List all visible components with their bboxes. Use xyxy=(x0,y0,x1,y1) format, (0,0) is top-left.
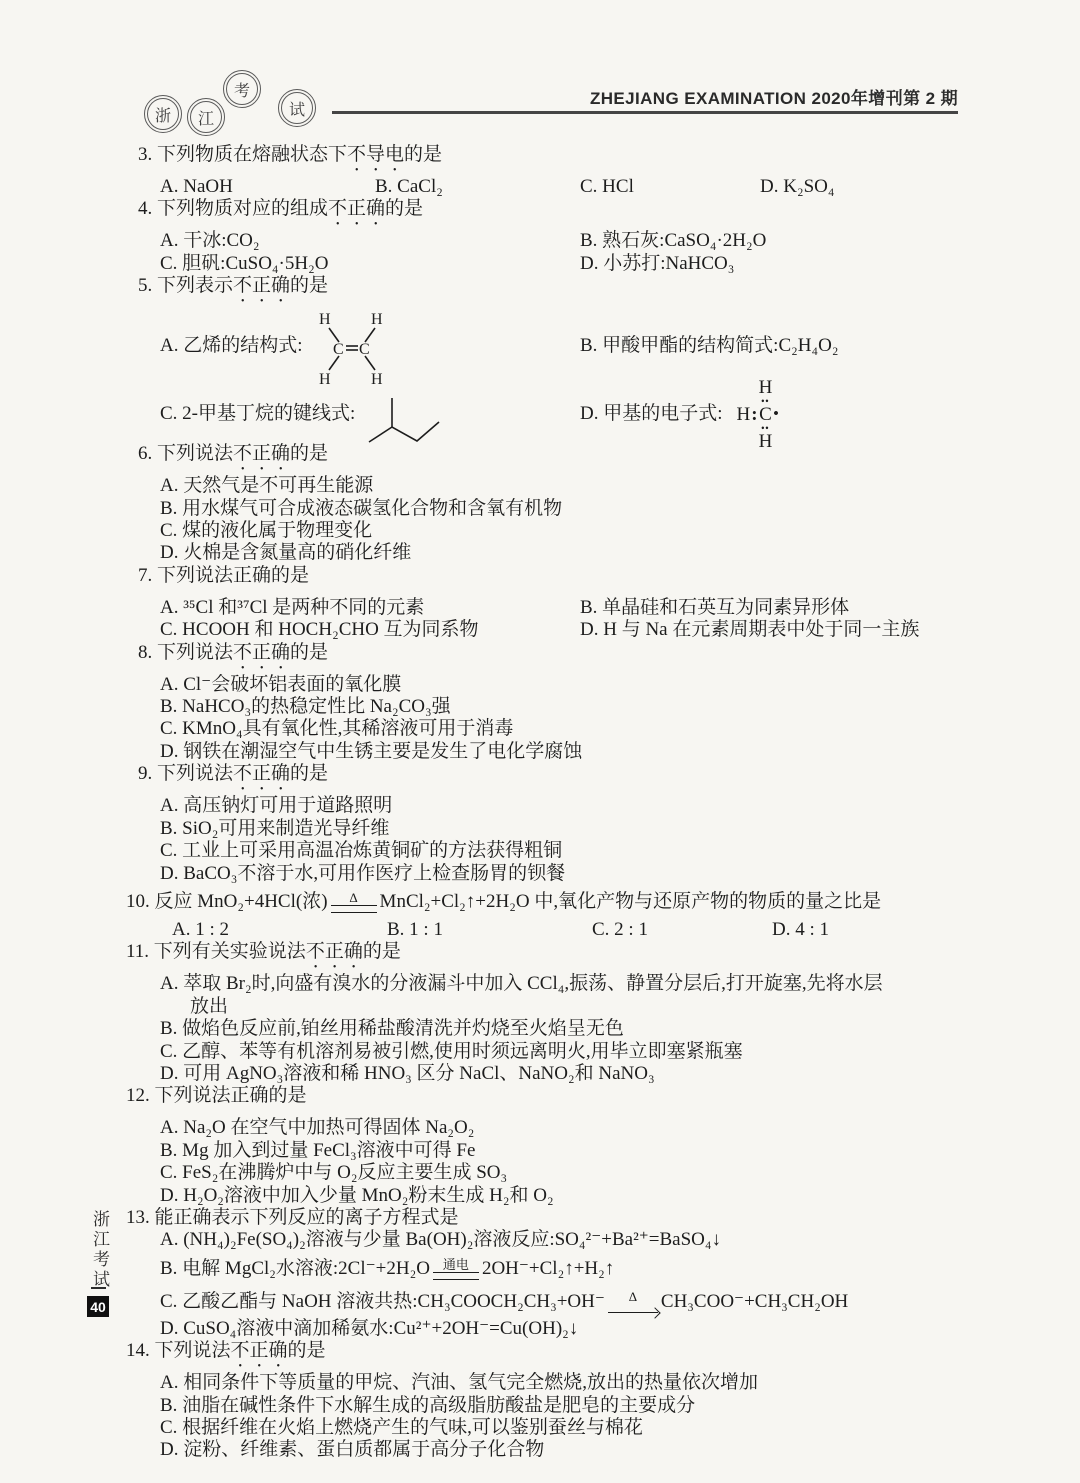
question-10: 10. 反应 MnO₂+4HCl(浓)ΔMnCl₂+Cl₂↑+2H₂O 中,氧化… xyxy=(138,885,964,941)
q6-option-b: B. 用水煤气可合成液态碳氢化合物和含氧有机物 xyxy=(138,498,964,520)
q7-number: 7. xyxy=(138,565,152,586)
journal-title: ZHEJIANG EXAMINATION 2020年增刊第 2 期 xyxy=(590,84,958,109)
q10-number: 10. xyxy=(126,891,150,913)
q9-option-c: C. 工业上可采用高温冶炼黄铜矿的方法获得粗铜 xyxy=(138,840,964,862)
q5-option-b: B. 甲酸甲酯的结构简式:C₂H₄O₂ xyxy=(580,335,838,357)
q5-stem: 5. 下列表示不正确的是 xyxy=(138,275,964,307)
question-12: 12. 下列说法正确的是 A. Na₂O 在空气中加热可得固体 Na₂O₂ B.… xyxy=(138,1085,964,1207)
q3-option-d: D. K₂SO₄ xyxy=(760,176,834,198)
question-11: 11. 下列有关实验说法不正确的是 A. 萃取 Br₂时,向盛有溴水的分液漏斗中… xyxy=(138,941,964,1085)
q14-option-d: D. 淀粉、纤维素、蛋白质都属于高分子化合物 xyxy=(138,1439,964,1461)
question-14: 14. 下列说法不正确的是 A. 相同条件下等质量的甲烷、汽油、氢气完全燃烧,放… xyxy=(138,1340,964,1462)
margin-journal-name: 浙江考试 xyxy=(87,1210,112,1290)
q8-option-d: D. 钢铁在潮湿空气中生锈主要是发生了电化学腐蚀 xyxy=(138,741,964,763)
reaction-arrow-with-delta: Δ xyxy=(608,1290,658,1313)
svg-text:H: H xyxy=(371,311,383,328)
q5-options-row-2: C. 2-甲基丁烷的键线式: D. 甲基的电子式: H •• H : C • xyxy=(138,385,964,443)
q6-stem: 6. 下列说法不正确的是 xyxy=(138,443,964,475)
q14-option-c: C. 根据纤维在火焰上燃烧产生的气味,可以鉴别蚕丝与棉花 xyxy=(138,1417,964,1439)
journal-logo-circle-4: 试 xyxy=(281,92,313,124)
page-number-badge: 40 xyxy=(87,1296,109,1317)
q9-option-d: D. BaCO₃不溶于水,可用作医疗上检查肠胃的钡餐 xyxy=(138,863,964,885)
q11-option-c: C. 乙醇、苯等有机溶剂易被引燃,使用时须远离明火,用毕立即塞紧瓶塞 xyxy=(138,1041,964,1063)
methylbutane-skeletal-diagram xyxy=(365,396,445,446)
q9-stem: 9. 下列说法不正确的是 xyxy=(138,763,964,795)
q12-option-d: D. H₂O₂溶液中加入少量 MnO₂粉末生成 H₂和 O₂ xyxy=(138,1185,964,1207)
question-13: 13. 能正确表示下列反应的离子方程式是 A. (NH₄)₂Fe(SO₄)₂溶液… xyxy=(138,1207,964,1340)
q3-option-a: A. NaOH xyxy=(160,176,375,198)
q4-stem: 4. 下列物质对应的组成不正确的是 xyxy=(138,198,964,230)
question-9: 9. 下列说法不正确的是 A. 高压钠灯可用于道路照明 B. SiO₂可用来制造… xyxy=(138,763,964,885)
q5-option-c: C. 2-甲基丁烷的键线式: xyxy=(160,382,580,446)
logo-char: 试 xyxy=(289,97,305,120)
q13-option-b: B. 电解 MgCl₂水溶液:2Cl⁻+2H₂O通电2OH⁻+Cl₂↑+H₂↑ xyxy=(138,1252,964,1286)
svg-text:C: C xyxy=(359,341,370,358)
q7-options-row-1: A. ³⁵Cl 和³⁷Cl 是两种不同的元素 B. 单晶硅和石英互为同素异形体 xyxy=(138,597,964,619)
journal-logo-circle-3: 考 xyxy=(226,73,258,105)
q8-option-a: A. Cl⁻会破坏铝表面的氧化膜 xyxy=(138,674,964,696)
logo-char: 考 xyxy=(234,78,250,101)
q11-number: 11. xyxy=(126,941,149,962)
question-5: 5. 下列表示不正确的是 A. 乙烯的结构式: H H C C xyxy=(138,275,964,443)
margin-dash xyxy=(91,1287,106,1289)
q7-option-c: C. HCOOH 和 HOCH₂CHO 互为同系物 xyxy=(160,619,580,641)
q11-option-b: B. 做焰色反应前,铂丝用稀盐酸清洗并灼烧至火焰呈无色 xyxy=(138,1018,964,1040)
q8-number: 8. xyxy=(138,642,152,663)
q7-stem: 7. 下列说法正确的是 xyxy=(138,565,964,597)
q10-options: A. 1 : 2 B. 1 : 1 C. 2 : 1 D. 4 : 1 xyxy=(138,919,964,941)
q6-option-d: D. 火棉是含氮量高的硝化纤维 xyxy=(138,542,964,564)
q12-option-a: A. Na₂O 在空气中加热可得固体 Na₂O₂ xyxy=(138,1117,964,1139)
q9-number: 9. xyxy=(138,763,152,784)
q3-option-c: C. HCl xyxy=(580,176,760,198)
svg-text:C: C xyxy=(333,341,344,358)
journal-logo-circle-1: 浙 xyxy=(147,98,179,130)
logo-char: 江 xyxy=(198,106,214,129)
q11-option-a: A. 萃取 Br₂时,向盛有溴水的分液漏斗中加入 CCl₄,振荡、静置分层后,打… xyxy=(138,973,964,995)
electrolysis-equals-with-condition: 通电 xyxy=(433,1258,479,1280)
q14-option-b: B. 油脂在碱性条件下水解生成的高级脂肪酸盐是肥皂的主要成分 xyxy=(138,1395,964,1417)
q6-option-c: C. 煤的液化属于物理变化 xyxy=(138,520,964,542)
svg-text:H: H xyxy=(319,311,331,328)
q10-option-d: D. 4 : 1 xyxy=(772,919,829,941)
question-3: 3. 下列物质在熔融状态下不导电的是 A. NaOH B. CaCl₂ C. H… xyxy=(138,144,964,198)
q13-option-d: D. CuSO₄溶液中滴加稀氨水:Cu²⁺+2OH⁻=Cu(OH)₂↓ xyxy=(138,1318,964,1340)
question-6: 6. 下列说法不正确的是 A. 天然气是不可再生能源 B. 用水煤气可合成液态碳… xyxy=(138,443,964,565)
q9-option-b: B. SiO₂可用来制造光导纤维 xyxy=(138,818,964,840)
q13-stem: 13. 能正确表示下列反应的离子方程式是 xyxy=(126,1207,964,1229)
q4-option-c: C. 胆矾:CuSO₄·5H₂O xyxy=(160,253,580,275)
question-list: 3. 下列物质在熔融状态下不导电的是 A. NaOH B. CaCl₂ C. H… xyxy=(138,144,964,1462)
q4-options-row-1: A. 干冰:CO₂ B. 熟石灰:CaSO₄·2H₂O xyxy=(138,230,964,252)
ethylene-structure-diagram: H H C C H H xyxy=(313,306,391,386)
q5-number: 5. xyxy=(138,275,152,296)
q4-number: 4. xyxy=(138,198,152,219)
q12-number: 12. xyxy=(126,1085,150,1106)
journal-logo-circle-2: 江 xyxy=(190,101,222,133)
q10-option-b: B. 1 : 1 xyxy=(387,919,592,941)
q10-option-a: A. 1 : 2 xyxy=(172,919,387,941)
q8-option-b: B. NaHCO₃的热稳定性比 Na₂CO₃强 xyxy=(138,696,964,718)
q13-number: 13. xyxy=(126,1207,150,1228)
methyl-electron-dot-diagram: H •• H : C • •• H xyxy=(737,378,779,451)
q7-options-row-2: C. HCOOH 和 HOCH₂CHO 互为同系物 D. H 与 Na 在元素周… xyxy=(138,619,964,641)
question-8: 8. 下列说法不正确的是 A. Cl⁻会破坏铝表面的氧化膜 B. NaHCO₃的… xyxy=(138,642,964,764)
q14-number: 14. xyxy=(126,1340,150,1361)
q10-stem: 10. 反应 MnO₂+4HCl(浓)ΔMnCl₂+Cl₂↑+2H₂O 中,氧化… xyxy=(126,885,964,919)
q14-option-a: A. 相同条件下等质量的甲烷、汽油、氢气完全燃烧,放出的热量依次增加 xyxy=(138,1372,964,1394)
q3-option-b: B. CaCl₂ xyxy=(375,176,580,198)
q3-number: 3. xyxy=(138,144,152,165)
question-4: 4. 下列物质对应的组成不正确的是 A. 干冰:CO₂ B. 熟石灰:CaSO₄… xyxy=(138,198,964,275)
q6-option-a: A. 天然气是不可再生能源 xyxy=(138,475,964,497)
q4-option-a: A. 干冰:CO₂ xyxy=(160,230,580,252)
q7-option-b: B. 单晶硅和石英互为同素异形体 xyxy=(580,597,849,619)
q11-stem: 11. 下列有关实验说法不正确的是 xyxy=(126,941,964,973)
q5-option-a: A. 乙烯的结构式: H H C C H H xyxy=(160,306,580,386)
q3-stem: 3. 下列物质在熔融状态下不导电的是 xyxy=(138,144,964,176)
q13-option-c: C. 乙酸乙酯与 NaOH 溶液共热:CH₃COOCH₂CH₃+OH⁻ΔCH₃C… xyxy=(138,1286,964,1318)
q11-option-d: D. 可用 AgNO₃溶液和稀 HNO₃ 区分 NaCl、NaNO₂和 NaNO… xyxy=(138,1063,964,1085)
header-rule xyxy=(332,111,958,114)
q5-options-row-1: A. 乙烯的结构式: H H C C H H xyxy=(138,307,964,385)
logo-char: 浙 xyxy=(155,103,171,126)
q11-option-a-continued: 放出 xyxy=(138,996,964,1018)
q5-option-d: D. 甲基的电子式: H •• H : C • •• H xyxy=(580,378,779,451)
q7-option-d: D. H 与 Na 在元素周期表中处于同一主族 xyxy=(580,619,919,641)
q12-option-c: C. FeS₂在沸腾炉中与 O₂反应主要生成 SO₃ xyxy=(138,1162,964,1184)
q3-options: A. NaOH B. CaCl₂ C. HCl D. K₂SO₄ xyxy=(138,176,964,198)
q7-option-a: A. ³⁵Cl 和³⁷Cl 是两种不同的元素 xyxy=(160,597,580,619)
q12-stem: 12. 下列说法正确的是 xyxy=(126,1085,964,1117)
q10-option-c: C. 2 : 1 xyxy=(592,919,772,941)
question-7: 7. 下列说法正确的是 A. ³⁵Cl 和³⁷Cl 是两种不同的元素 B. 单晶… xyxy=(138,565,964,642)
q8-option-c: C. KMnO₄具有氧化性,其稀溶液可用于消毒 xyxy=(138,718,964,740)
q14-stem: 14. 下列说法不正确的是 xyxy=(126,1340,964,1372)
q8-stem: 8. 下列说法不正确的是 xyxy=(138,642,964,674)
reaction-equals-with-delta: Δ xyxy=(331,891,377,913)
q4-option-d: D. 小苏打:NaHCO₃ xyxy=(580,253,734,275)
q6-number: 6. xyxy=(138,443,152,464)
q13-option-a: A. (NH₄)₂Fe(SO₄)₂溶液与少量 Ba(OH)₂溶液反应:SO₄²⁻… xyxy=(138,1229,964,1251)
q9-option-a: A. 高压钠灯可用于道路照明 xyxy=(138,795,964,817)
q12-option-b: B. Mg 加入到过量 FeCl₃溶液中可得 Fe xyxy=(138,1140,964,1162)
q4-option-b: B. 熟石灰:CaSO₄·2H₂O xyxy=(580,230,766,252)
q4-options-row-2: C. 胆矾:CuSO₄·5H₂O D. 小苏打:NaHCO₃ xyxy=(138,253,964,275)
exam-page: 浙 江 考 试 ZHEJIANG EXAMINATION 2020年增刊第 2 … xyxy=(0,0,1080,1483)
